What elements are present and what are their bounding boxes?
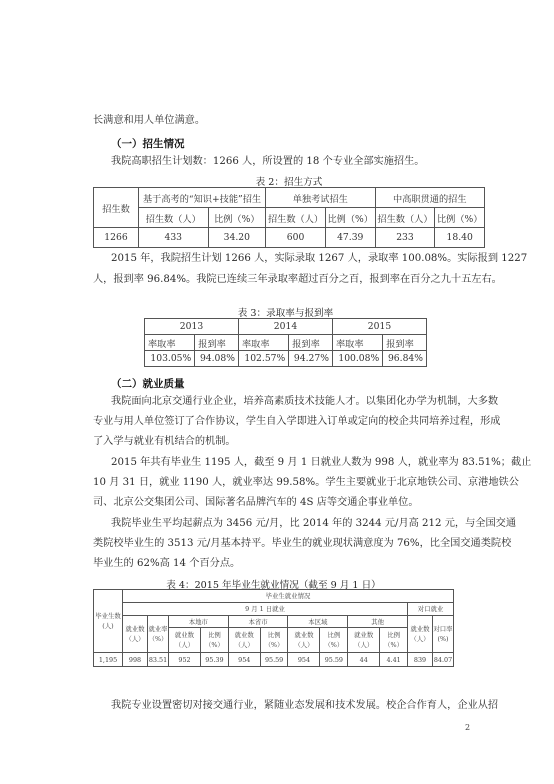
table-header: 9 月 1 日就业 bbox=[123, 603, 408, 616]
table-cell: 95.59 bbox=[260, 653, 288, 667]
table-cell: 44 bbox=[348, 653, 380, 667]
table-cell: 18.40 bbox=[435, 228, 485, 248]
table-cell: 839 bbox=[408, 653, 433, 667]
table-row: 1,195 998 83.51 952 95.39 954 95.59 954 … bbox=[94, 653, 454, 667]
table-cell: 952 bbox=[169, 653, 201, 667]
table-header: 2013 bbox=[145, 319, 239, 335]
salary-para-line1: 我院毕业生平均起薪点为 3456 元/月，比 2014 年的 3244 元/月高… bbox=[111, 518, 516, 530]
table-header: 比例（%） bbox=[320, 628, 348, 653]
table-header: 就业数（人） bbox=[123, 616, 148, 653]
table-cell: 47.39 bbox=[325, 228, 375, 248]
table-header: 本省市 bbox=[228, 616, 288, 628]
table-header: 率取率 bbox=[238, 335, 288, 351]
table-header: 比例（%） bbox=[208, 208, 266, 228]
table-header: 本区域 bbox=[288, 616, 348, 628]
page-number: 2 bbox=[465, 723, 470, 732]
table-header: 招生数（人） bbox=[266, 208, 326, 228]
table-header: 对口就业 bbox=[408, 603, 454, 616]
table-header: 就业数（人） bbox=[408, 616, 433, 653]
table-header: 本地市 bbox=[169, 616, 229, 628]
table-header: 就业数（人） bbox=[288, 628, 320, 653]
table-header: 比例（%） bbox=[380, 628, 408, 653]
section-heading-enrollment: （一）招生情况 bbox=[111, 136, 185, 151]
employment-para2-line1: 2015 年共有毕业生 1195 人，截至 9 月 1 日就业人数为 998 人… bbox=[111, 457, 531, 469]
table-header: 率取率 bbox=[332, 335, 382, 351]
intro-line: 长满意和用人单位满意。 bbox=[93, 115, 205, 127]
table-header: 比例（%） bbox=[435, 208, 485, 228]
table-header: 其他 bbox=[348, 616, 408, 628]
table-cell: 233 bbox=[375, 228, 435, 248]
table-admission-rates: 2013 2014 2015 率取率 报到率 率取率 报到率 率取率 报到率 1… bbox=[144, 318, 427, 367]
employment-para2-line2: 10 月 31 日，就业 1190 人，就业率达 99.58%。学生主要就业于北… bbox=[93, 477, 519, 489]
salary-para-line3: 毕业生的 62%高 14 个百分点。 bbox=[93, 558, 240, 570]
table-header: 就业率（%） bbox=[148, 616, 169, 653]
salary-para-line2: 类院校毕业生的 3513 元/月基本持平。毕业生的就业现状满意度为 76%，比全… bbox=[93, 538, 511, 550]
curriculum-paragraph-line1: 我院专业设置密切对接交通行业，紧随业态发展和技术发展。校企合作育人，企业从招 bbox=[111, 700, 498, 712]
table2-caption: 表 2：招生方式 bbox=[93, 174, 485, 188]
table-cell: 96.84% bbox=[383, 351, 427, 367]
table-header: 单独考试招生 bbox=[266, 188, 375, 208]
table-header: 报到率 bbox=[289, 335, 333, 351]
table-cell: 954 bbox=[228, 653, 260, 667]
employment-para1-line1: 我院面向北京交通行业企业，培养高素质技术技能人才。以集团化办学为机制，大多数 bbox=[111, 396, 498, 408]
employment-para2-line3: 司、北京公交集团公司、国际著名品牌汽车的 4S 店等交通企事业单位。 bbox=[93, 497, 419, 509]
admission-paragraph-line2: 人，报到率 96.84%。我院已连续三年录取率超过百分之百，报到率在百分之九十五… bbox=[93, 274, 502, 286]
table-cell: 84.07 bbox=[433, 653, 454, 667]
table-enrollment-methods: 招生数 基于高考的“知识+技能”招生 单独考试招生 中高职贯通的招生 招生数（人… bbox=[93, 187, 485, 248]
table-graduate-employment: 毕业生数(人) 毕业生就业情况 9 月 1 日就业 对口就业 就业数（人） 就业… bbox=[93, 589, 454, 667]
table-header: 比例（%） bbox=[325, 208, 375, 228]
table-header: 比例（%） bbox=[260, 628, 288, 653]
table-header: 中高职贯通的招生 bbox=[375, 188, 484, 208]
table-cell: 95.59 bbox=[320, 653, 348, 667]
table-cell: 34.20 bbox=[208, 228, 266, 248]
table-row: 103.05% 94.08% 102.57% 94.27% 100.08% 96… bbox=[145, 351, 427, 367]
employment-para1-line3: 了入学与就业有机结合的机制。 bbox=[93, 436, 236, 448]
table-cell: 102.57% bbox=[238, 351, 288, 367]
table-header: 招生数（人） bbox=[139, 208, 209, 228]
table-header: 报到率 bbox=[195, 335, 239, 351]
employment-para1-line2: 专业与用人单位签订了合作协议，学生自入学即进入订单或定向的校企共同培养过程，形成 bbox=[93, 416, 501, 428]
table-cell: 998 bbox=[123, 653, 148, 667]
table-cell: 103.05% bbox=[145, 351, 195, 367]
table-header: 基于高考的“知识+技能”招生 bbox=[139, 188, 266, 208]
table-cell: 94.27% bbox=[289, 351, 333, 367]
table-header: 就业数（人） bbox=[348, 628, 380, 653]
enrollment-paragraph: 我院高职招生计划数：1266 人，所设置的 18 个专业全部实施招生。 bbox=[111, 156, 424, 168]
table-header: 报到率 bbox=[383, 335, 427, 351]
table-cell: 433 bbox=[139, 228, 209, 248]
table-header: 毕业生就业情况 bbox=[123, 590, 454, 603]
table-header: 招生数 bbox=[94, 188, 139, 228]
table-cell: 4.41 bbox=[380, 653, 408, 667]
table-header: 对口率(%) bbox=[433, 616, 454, 653]
table-header: 就业数（人） bbox=[228, 628, 260, 653]
table-header: 率取率 bbox=[145, 335, 195, 351]
table-cell: 954 bbox=[288, 653, 320, 667]
table-cell: 83.51 bbox=[148, 653, 169, 667]
table-header: 2015 bbox=[332, 319, 426, 335]
table-cell: 1266 bbox=[94, 228, 139, 248]
table-cell: 600 bbox=[266, 228, 326, 248]
table-header: 2014 bbox=[238, 319, 332, 335]
table-header: 就业数（人） bbox=[169, 628, 201, 653]
table-header: 毕业生数(人) bbox=[94, 590, 123, 653]
table-cell: 1,195 bbox=[94, 653, 123, 667]
table3-caption: 表 3：录取率与报到率 bbox=[144, 305, 427, 319]
section-heading-employment: （二）就业质量 bbox=[111, 376, 185, 391]
table-cell: 100.08% bbox=[332, 351, 382, 367]
table-header: 招生数（人） bbox=[375, 208, 435, 228]
table-row: 1266 433 34.20 600 47.39 233 18.40 bbox=[94, 228, 485, 248]
table-cell: 95.39 bbox=[201, 653, 229, 667]
admission-paragraph-line1: 2015 年，我院招生计划 1266 人，实际录取 1267 人，录取率 100… bbox=[111, 253, 527, 265]
table-header: 比例（%） bbox=[201, 628, 229, 653]
table-cell: 94.08% bbox=[195, 351, 239, 367]
